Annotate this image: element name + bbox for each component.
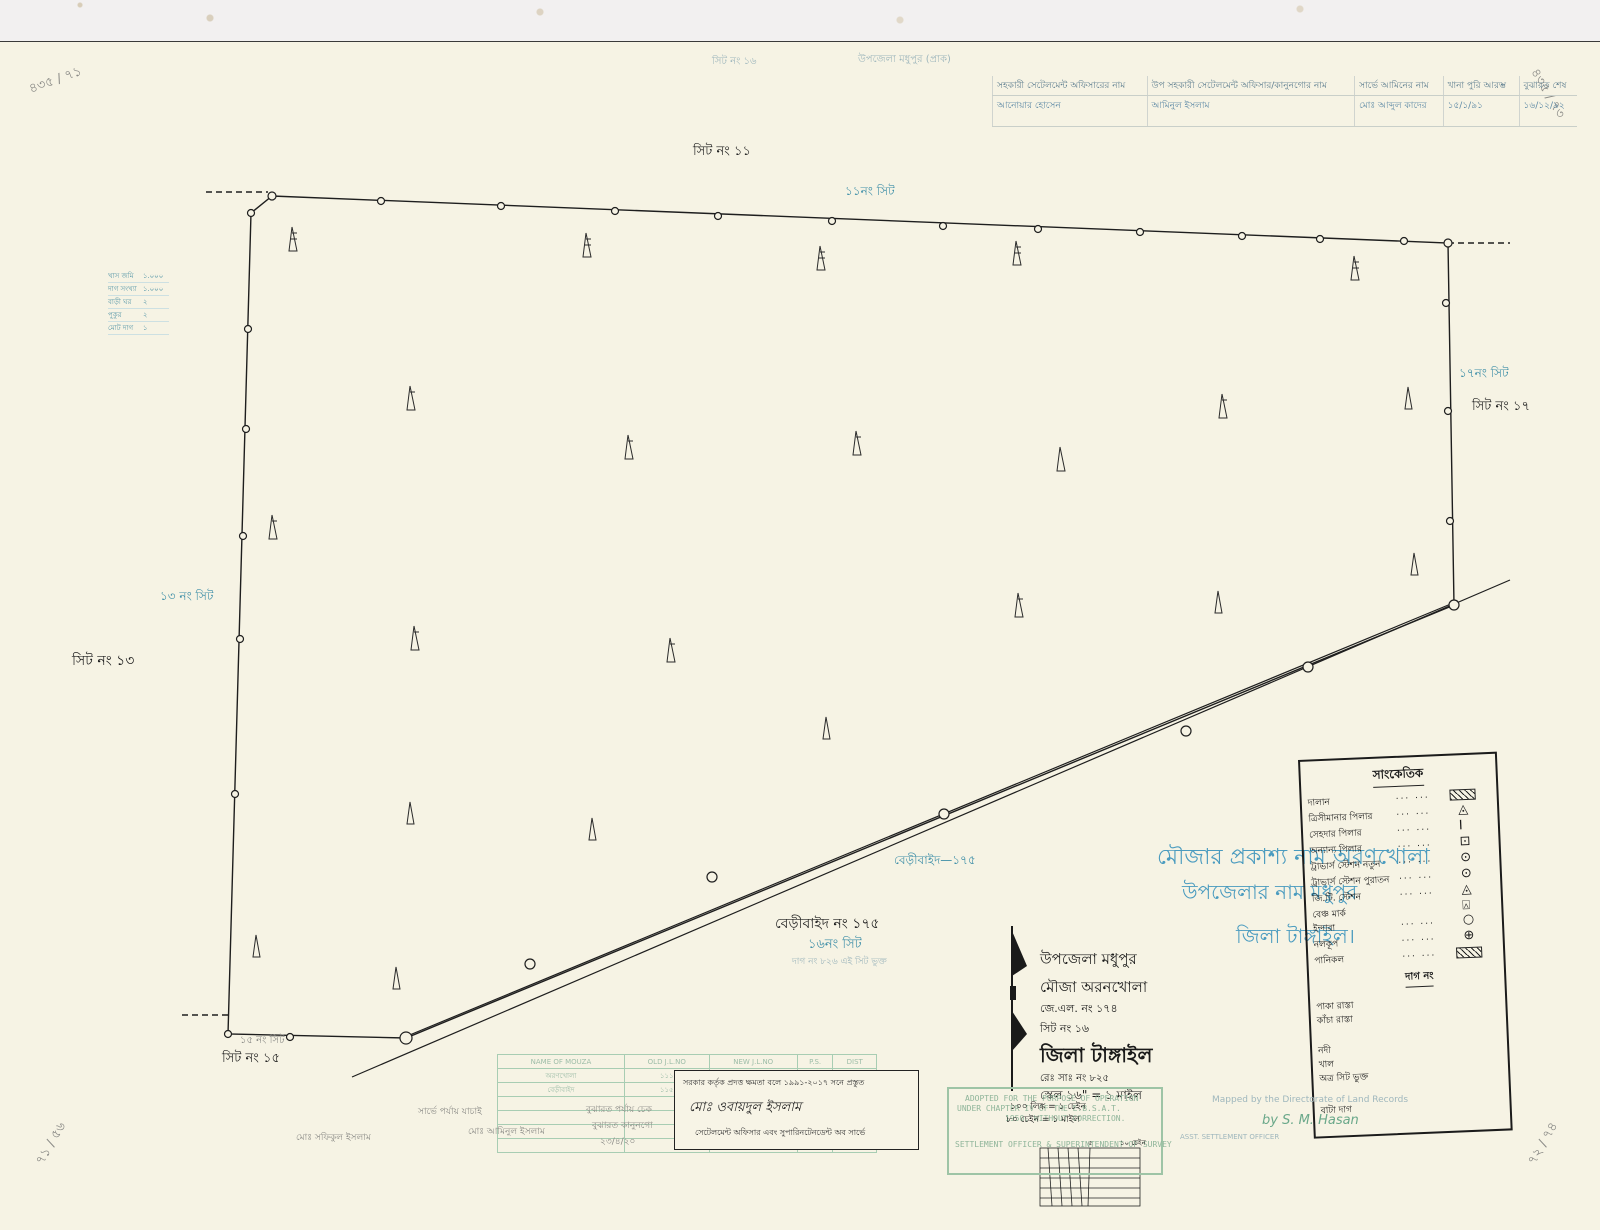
label-adjacent-mouza-blue: বেড়ীবাইদ—১৭৫ — [894, 854, 976, 866]
map-sheet: ৪৩৫ / ৭১ ৪৩৫ / ৭৩ ৭১ / ৫৬ ৭২ / ৭৪ সিট নং… — [0, 41, 1600, 1230]
label-south-inner-sheet: ১৫ নং সিট — [240, 1036, 285, 1046]
label-east-outer-sheet: সিট নং ১৭ — [1472, 400, 1530, 413]
diagonal-scale-label-top: ১০ চেইন — [1120, 1140, 1146, 1147]
legend-dag-heading: দাগ নং — [1405, 969, 1434, 988]
label-north-outer-sheet: সিট নং ১১ — [693, 145, 751, 158]
pillar-icon: I — [1459, 818, 1463, 833]
label-adjacent-note: দাগ নং ৮২৬ এই সিট ভুক্ত — [792, 958, 887, 967]
bottom-note-1: সার্ভে পর্যায় যাচাই — [418, 1108, 482, 1117]
credit-line-1: Mapped by the Directorate of Land Record… — [1212, 1096, 1408, 1105]
bottom-note-3: বুঝারত পর্যায় চেক — [586, 1106, 652, 1115]
title-jl-no: জে.এল. নং ১৭৪ — [1040, 1000, 1118, 1019]
mouza-boundary — [228, 196, 1454, 1038]
title-reg-no: রেঃ সাঃ নং ৮২৫ — [1040, 1071, 1109, 1088]
label-adjacent-sheet: ১৬নং সিট — [808, 938, 862, 951]
label-north-inner-sheet: ১১নং সিট — [845, 185, 895, 197]
bottom-note-5: বুঝারত কানুনগো — [592, 1122, 653, 1131]
label-adjacent-mouza: বেড়ীবাইদ নং ১৭৫ — [775, 917, 880, 931]
water-tap-icon — [1456, 946, 1482, 958]
mouza-table-header: NEW J.L.NO — [709, 1055, 797, 1069]
tubewell-icon: ⊕ — [1463, 928, 1475, 943]
credit-line-2: by S. M. Hasan — [1262, 1114, 1359, 1127]
well-icon: ○ — [1463, 912, 1475, 927]
certificate-line-1: সরকার কর্তৃক প্রদত্ত ক্ষমতা বলে ১৯৯১-২০১… — [683, 1079, 864, 1087]
bottom-note-6: ২৩/৪/২০ — [600, 1138, 635, 1147]
certificate-signature: মোঃ ওবায়দুল ইসলাম — [689, 1101, 801, 1114]
traverse-station-old-icon: ⊙ — [1461, 866, 1473, 881]
certificate-box: সরকার কর্তৃক প্রদত্ত ক্ষমতা বলে ১৯৯১-২০১… — [674, 1070, 919, 1150]
map-legend: সাংকেতিক দালান... ... ত্রিসীমানার পিলার.… — [1298, 752, 1513, 1139]
label-west-inner-sheet: ১৩ নং সিট — [160, 590, 213, 602]
tri-junction-pillar-icon: ◬ — [1458, 802, 1469, 817]
hatch-symbol-icon — [1449, 789, 1475, 801]
label-west-outer-sheet: সিট নং ১৩ — [72, 654, 134, 668]
label-east-inner-sheet: ১৭নং সিট — [1459, 367, 1509, 379]
credit-line-3: ASST. SETTLEMENT OFFICER — [1180, 1134, 1279, 1141]
certificate-line-3: সেটেলমেন্ট অফিসার এবং সুপারিনটেনডেন্ট অব… — [695, 1129, 865, 1137]
legend-title: সাংকেতিক — [1372, 765, 1423, 788]
scanner-background-strip — [0, 0, 1600, 41]
bottom-note-2: মোঃ আমিনুল ইসলাম — [468, 1128, 545, 1137]
scale-note-chains: ৮০ চেইন = ১ মাইল — [1006, 1116, 1080, 1125]
traverse-station-new-icon: ⊙ — [1460, 850, 1472, 865]
title-mouza: মৌজা অরনখোলা — [1040, 976, 1147, 1001]
mouza-table-header: NAME OF MOUZA — [498, 1055, 625, 1069]
title-district: জিলা টাঙ্গাইল — [1040, 1041, 1152, 1074]
title-upazila: উপজেলা মধুপুর — [1040, 948, 1137, 973]
bottom-note-4: মোঃ সফিকুল ইসলাম — [296, 1134, 371, 1143]
mouza-table-header: P.S. — [797, 1055, 833, 1069]
north-arrow-icon — [1010, 926, 1027, 1091]
title-sheet-no: সিট নং ১৬ — [1040, 1020, 1089, 1039]
adoption-stamp: ADOPTED FOR THE PURPOSE OF OPERATION UND… — [947, 1087, 1163, 1175]
mouza-table-header: OLD J.L.NO — [624, 1055, 709, 1069]
other-pillar-icon: ⊡ — [1459, 834, 1471, 849]
road-line-upper — [400, 601, 1458, 1039]
scale-note-links: ১০০ লিঙ্ক = ১ চেইন — [1010, 1103, 1086, 1112]
label-south-outer-sheet: সিট নং ১৫ — [222, 1052, 280, 1065]
diagonal-scale-label-mid: ৫ — [1088, 1140, 1093, 1147]
gt-station-icon: ◬ — [1461, 882, 1472, 897]
mouza-table-header: DIST — [833, 1055, 877, 1069]
